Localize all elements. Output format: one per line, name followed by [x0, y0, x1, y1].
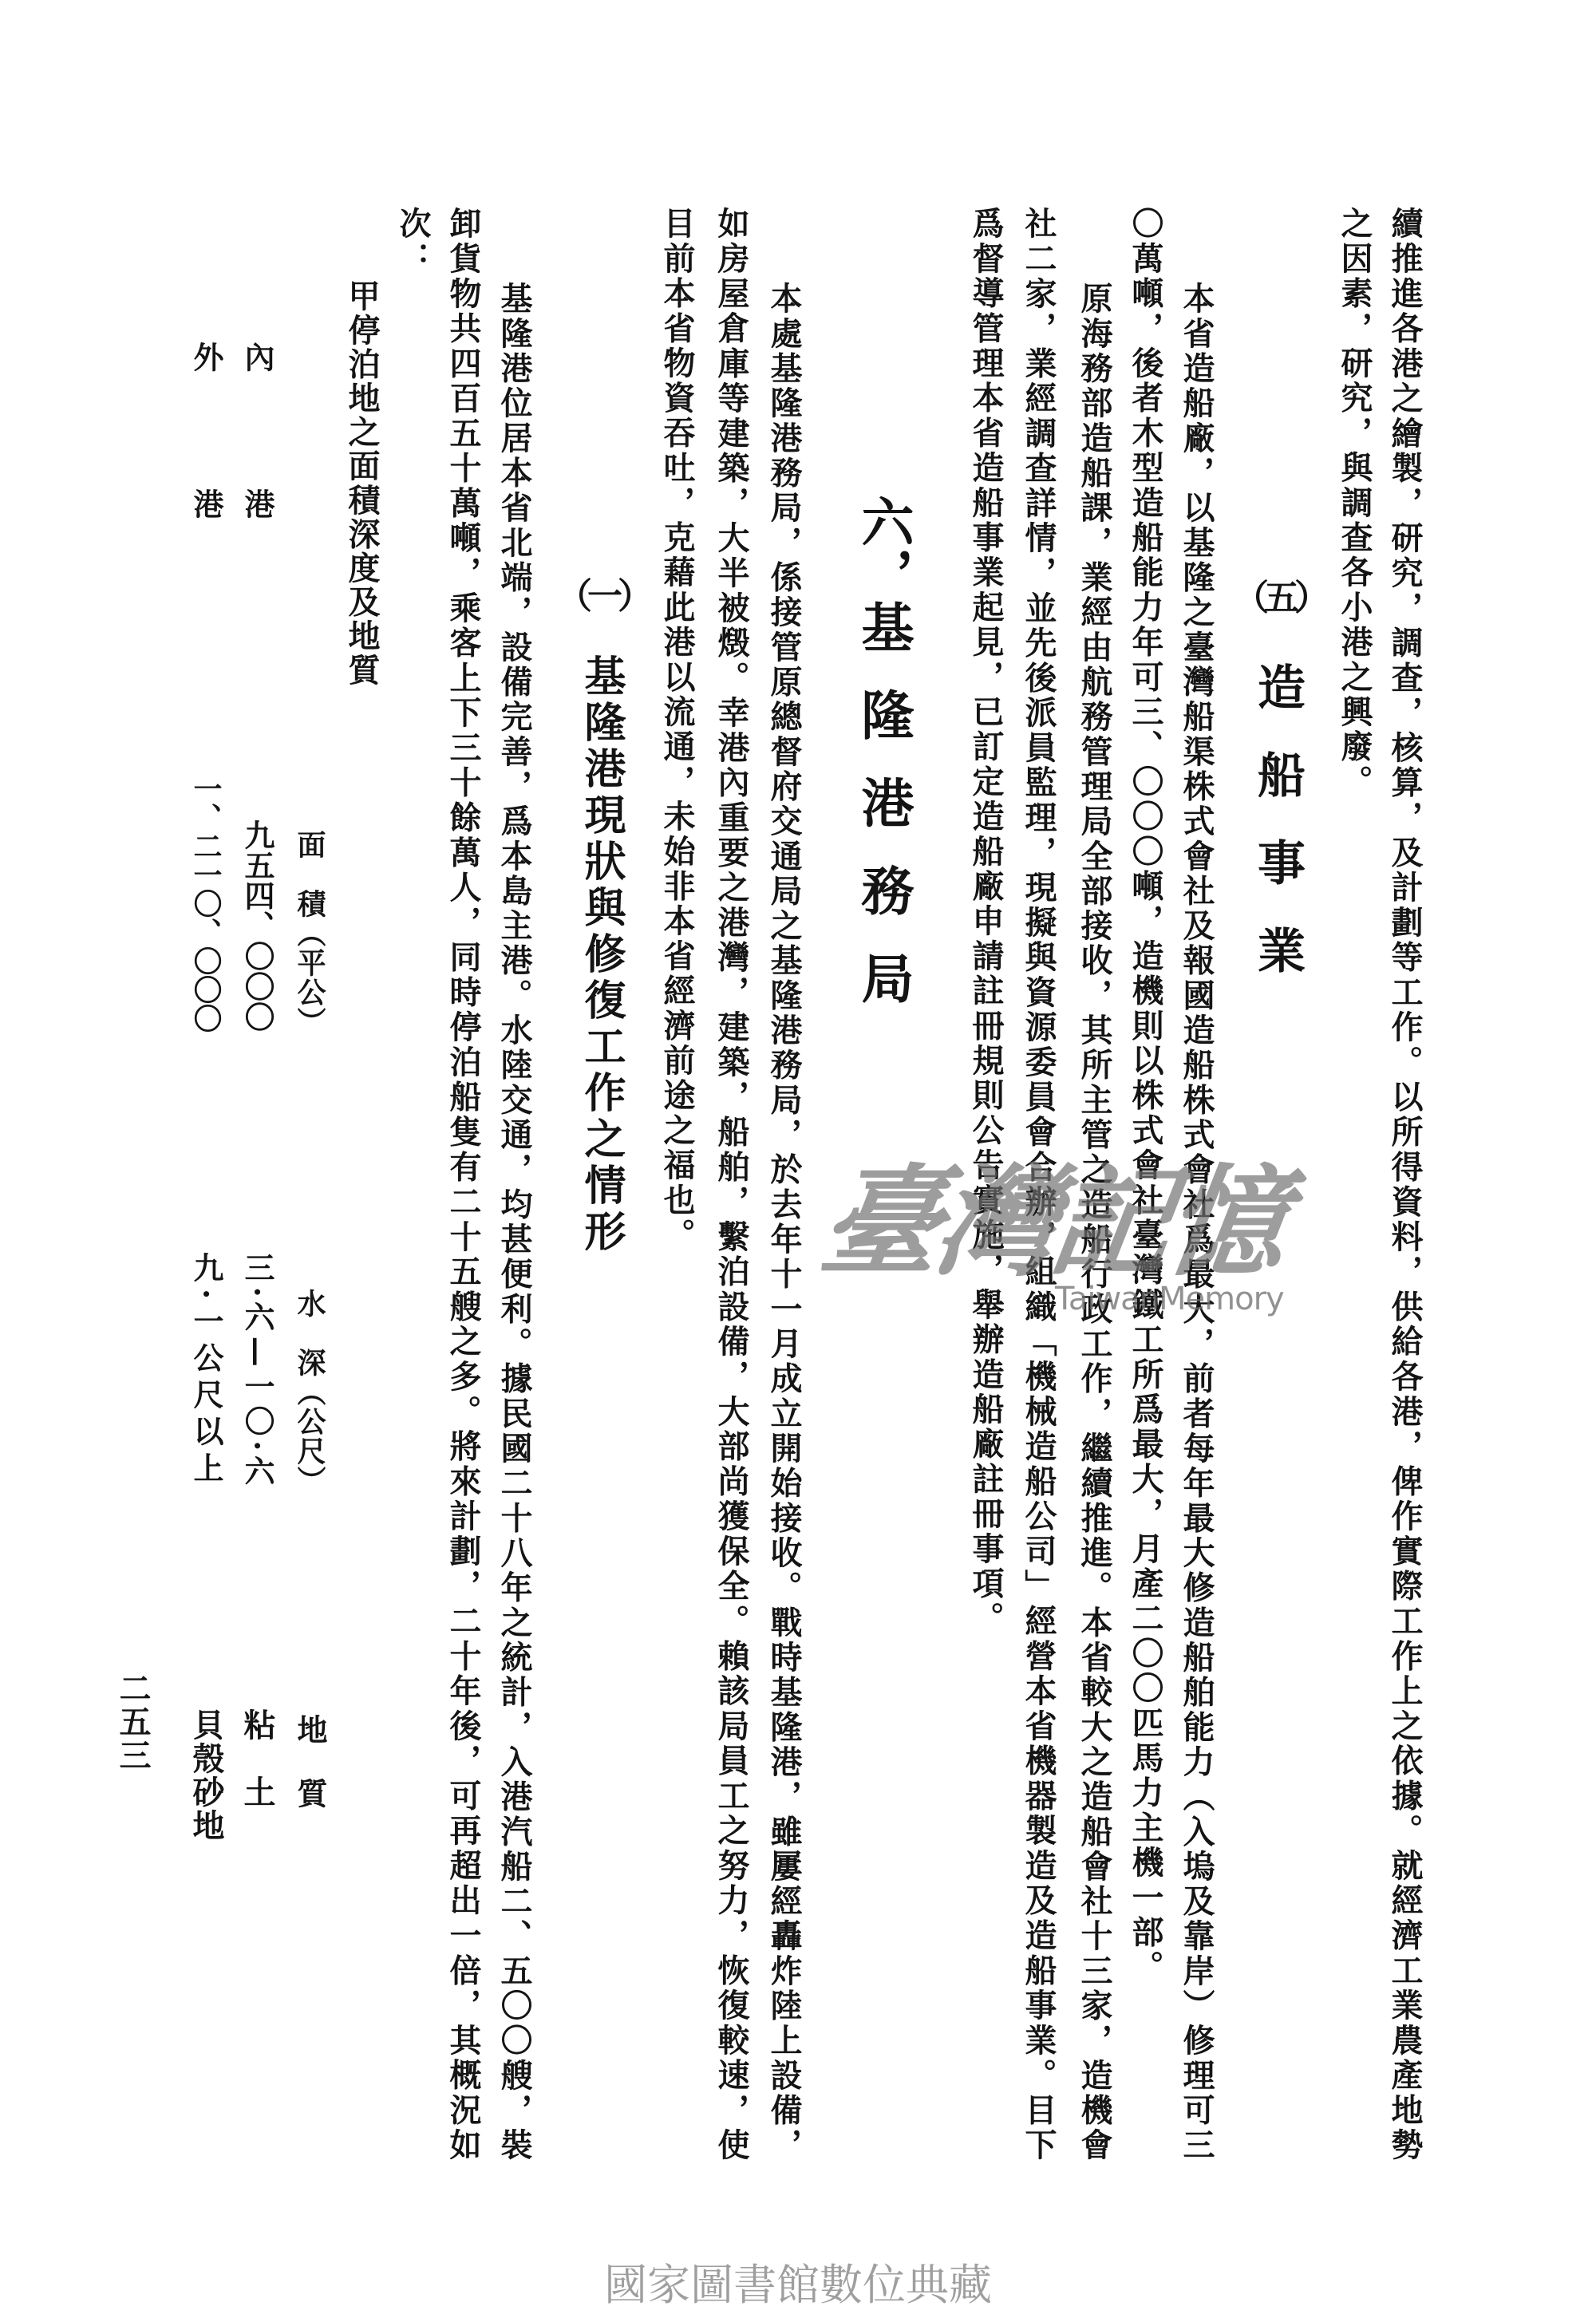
row-label: 外港: [191, 342, 221, 635]
subsection-number: （一）: [557, 576, 645, 618]
watermark-logo: 臺灣記憶: [813, 1159, 1291, 1286]
cell-geology: 貝殼砂地: [190, 1708, 222, 1842]
paragraph-line: 本處基隆港務局，係接管原總督府交通局之基隆港務局，於去年十一月成立開始接收。戰時…: [768, 282, 800, 2160]
paragraph-line: 目前本省物資吞吐，克藉此港以流通，未始非本省經濟前途之福也。: [661, 207, 693, 1253]
cell-geology: 粘 土: [241, 1708, 273, 1809]
section-number: （五）: [1234, 575, 1321, 622]
paragraph-line: 如房屋倉庫等建築，大半被燬。幸港內重要之港灣，建築，船舶，繫泊設備，大部尚獲保全…: [715, 207, 747, 2160]
paragraph-line: 爲督導管理本省造船事業起見，已訂定造船廠申請註冊規則公告實施，舉辦造船廠註冊事項…: [970, 207, 1001, 1637]
paragraph-line: 〇萬噸，後者木型造船能力年可三、〇〇〇噸，造機則以株式會社臺灣鐵工所爲最大，月產…: [1129, 207, 1161, 1985]
cell-area: 一、二一〇、〇〇〇: [192, 774, 220, 1033]
cell-area: 九五四、〇〇〇: [242, 819, 272, 1032]
cell-depth: 三·六—一〇·六: [242, 1252, 272, 1490]
subsection-title: 基隆港現狀與修復工作之情形: [580, 654, 622, 1256]
section-title: 造船事業: [1254, 662, 1302, 1013]
row-label: 內港: [242, 342, 272, 635]
continuation-line: 續推進各港之繪製，研究，調查，核算，及計劃等工作。以所得資料，供給各港，俾作實際…: [1389, 207, 1420, 2160]
table-header-geology: 地 質: [294, 1714, 325, 1810]
cell-depth: 九·一公尺以上: [191, 1252, 221, 1489]
paragraph-line: 卸貨物共四百五十萬噸，乘客上下三十餘萬人，同時停泊船隻有二十五艘之多。將來計劃，…: [447, 207, 479, 2160]
paragraph-line: 基隆港位居本省北端，設備完善，爲本島主港。水陸交通，均甚便利。據民國二十八年之統…: [498, 282, 530, 2160]
table-header-area: 面 積（平公）: [295, 830, 324, 1037]
watermark-subtext: TaiwanMemory: [1055, 1281, 1284, 1317]
page-number: 二五三: [117, 1672, 148, 1772]
continuation-line: 之因素，研究，與調查各小港之興廢。: [1338, 207, 1370, 800]
table-title: 甲停泊地之面積深度及地質: [346, 279, 377, 687]
chapter-heading: 六，基隆港務局: [857, 495, 910, 1039]
chapter-title: 基隆港務局: [852, 600, 915, 1039]
table-header-depth: 水 深（公尺）: [295, 1289, 324, 1495]
paragraph-line: 次：: [397, 207, 429, 276]
chapter-number: 六，: [852, 495, 915, 600]
footer-credit: 國家圖書館數位典藏: [0, 2261, 1596, 2309]
